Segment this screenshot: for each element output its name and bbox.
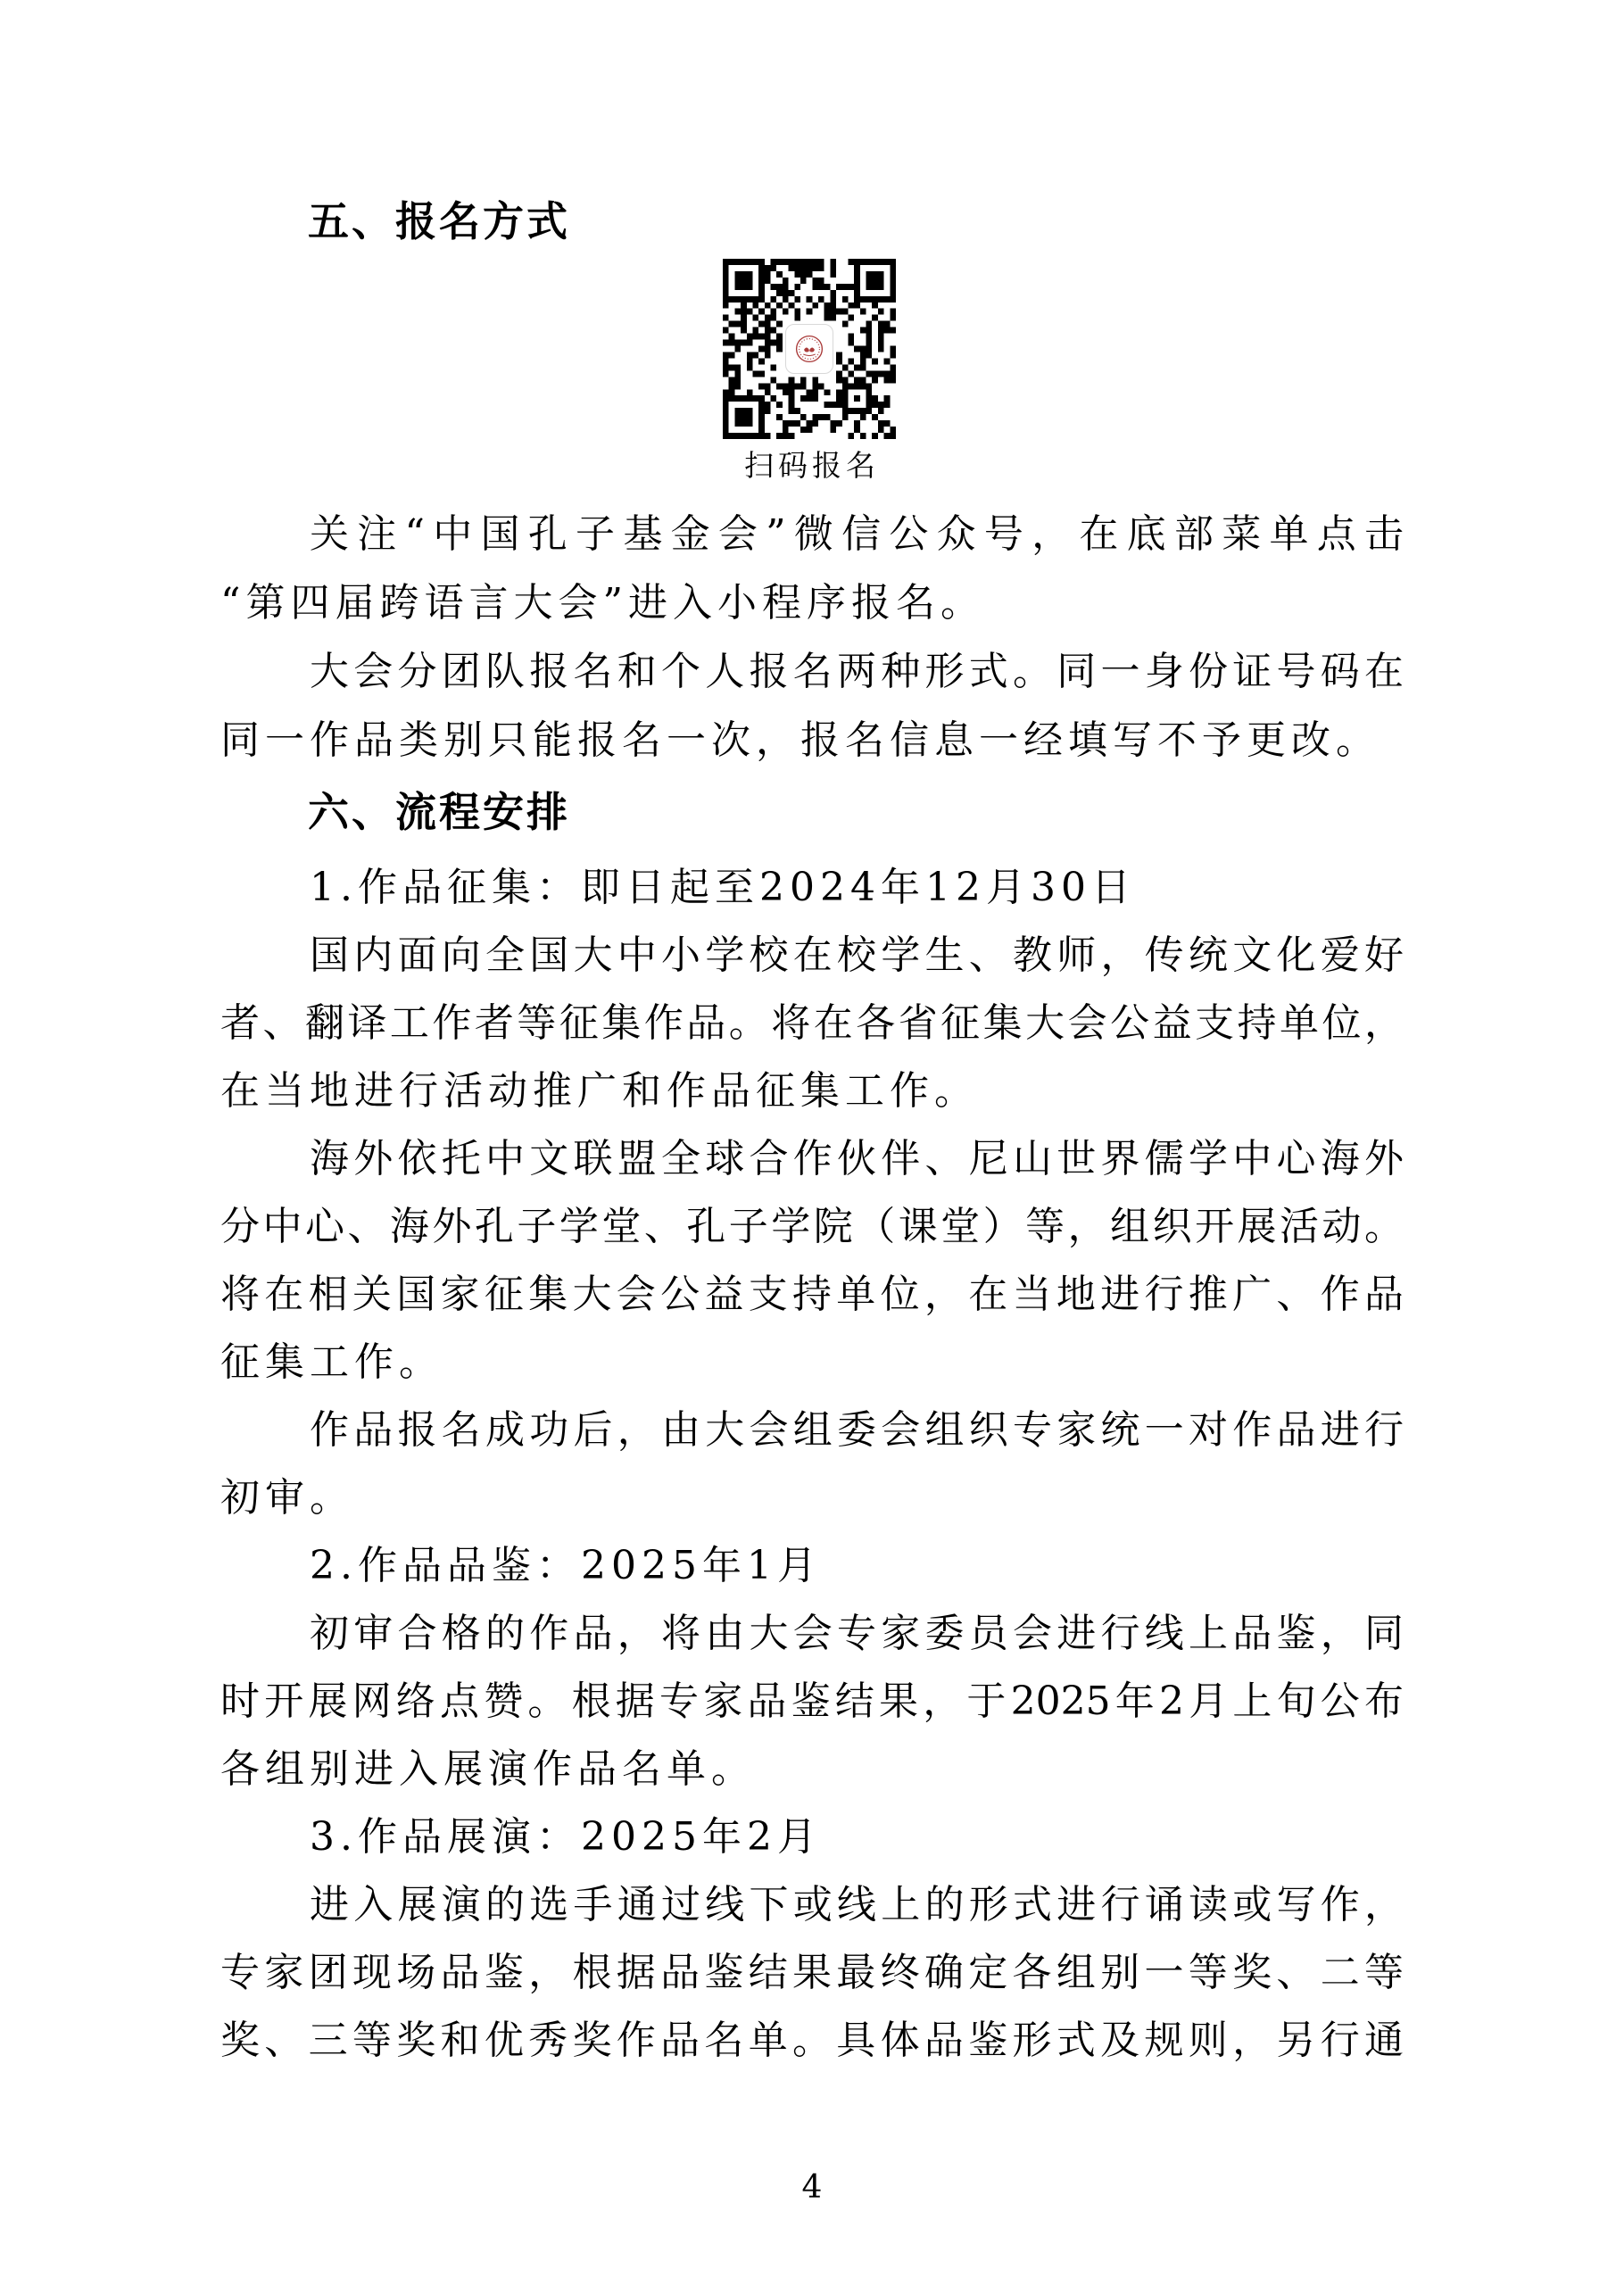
body-line: 征集工作。 bbox=[220, 1329, 1404, 1397]
section5-heading: 五、报名方式 bbox=[308, 198, 570, 245]
body-block-1: 关注“中国孔子基金会”微信公众号，在底部菜单点击“第四届跨语言大会”进入小程序报… bbox=[220, 500, 1404, 775]
body-line: 在当地进行活动推广和作品征集工作。 bbox=[220, 1057, 1404, 1125]
body-line: 作品报名成功后，由大会组委会组织专家统一对作品进行 bbox=[220, 1397, 1404, 1464]
body-line: 者、翻译工作者等征集作品。将在各省征集大会公益支持单位， bbox=[220, 990, 1404, 1057]
foundation-emblem-icon bbox=[790, 329, 829, 369]
body-line: 进入展演的选手通过线下或线上的形式进行诵读或写作， bbox=[220, 1871, 1404, 1939]
body-line: 各组别进入展演作品名单。 bbox=[220, 1736, 1404, 1803]
qr-center-logo bbox=[785, 324, 833, 374]
body-line: 专家团现场品鉴，根据品鉴结果最终确定各组别一等奖、二等 bbox=[220, 1939, 1404, 2007]
body-line: 同一作品类别只能报名一次，报名信息一经填写不予更改。 bbox=[220, 706, 1404, 775]
document-page: 五、报名方式 扫码报名 关注“中国孔子基金会”微信公众号，在底部菜单点击“第四届… bbox=[0, 0, 1624, 2296]
body-line: 海外依托中文联盟全球合作伙伴、尼山世界儒学中心海外 bbox=[220, 1125, 1404, 1193]
body-line: 初审合格的作品，将由大会专家委员会进行线上品鉴，同 bbox=[220, 1600, 1404, 1668]
body-line: 分中心、海外孔子学堂、孔子学院（课堂）等，组织开展活动。 bbox=[220, 1193, 1404, 1261]
body-line: 2.作品品鉴：2025年1月 bbox=[220, 1532, 1404, 1600]
body-line: 初审。 bbox=[220, 1464, 1404, 1532]
body-line: 大会分团队报名和个人报名两种形式。同一身份证号码在 bbox=[220, 637, 1404, 706]
body-line: 将在相关国家征集大会公益支持单位，在当地进行推广、作品 bbox=[220, 1261, 1404, 1329]
page-number: 4 bbox=[220, 2168, 1404, 2208]
body-line: 时开展网络点赞。根据专家品鉴结果，于2025年2月上旬公布 bbox=[220, 1668, 1404, 1736]
body-line: 奖、三等奖和优秀奖作品名单。具体品鉴形式及规则，另行通 bbox=[220, 2007, 1404, 2075]
body-line: 关注“中国孔子基金会”微信公众号，在底部菜单点击 bbox=[220, 500, 1404, 568]
body-block-2: 1.作品征集：即日起至2024年12月30日国内面向全国大中小学校在校学生、教师… bbox=[220, 854, 1404, 2075]
section6-heading: 六、流程安排 bbox=[308, 789, 570, 835]
body-line: 3.作品展演：2025年2月 bbox=[220, 1803, 1404, 1871]
body-line: “第四届跨语言大会”进入小程序报名。 bbox=[220, 568, 1404, 637]
qr-code bbox=[723, 259, 896, 439]
body-line: 国内面向全国大中小学校在校学生、教师，传统文化爱好 bbox=[220, 922, 1404, 990]
qr-caption: 扫码报名 bbox=[220, 448, 1404, 484]
body-line: 1.作品征集：即日起至2024年12月30日 bbox=[220, 854, 1404, 922]
